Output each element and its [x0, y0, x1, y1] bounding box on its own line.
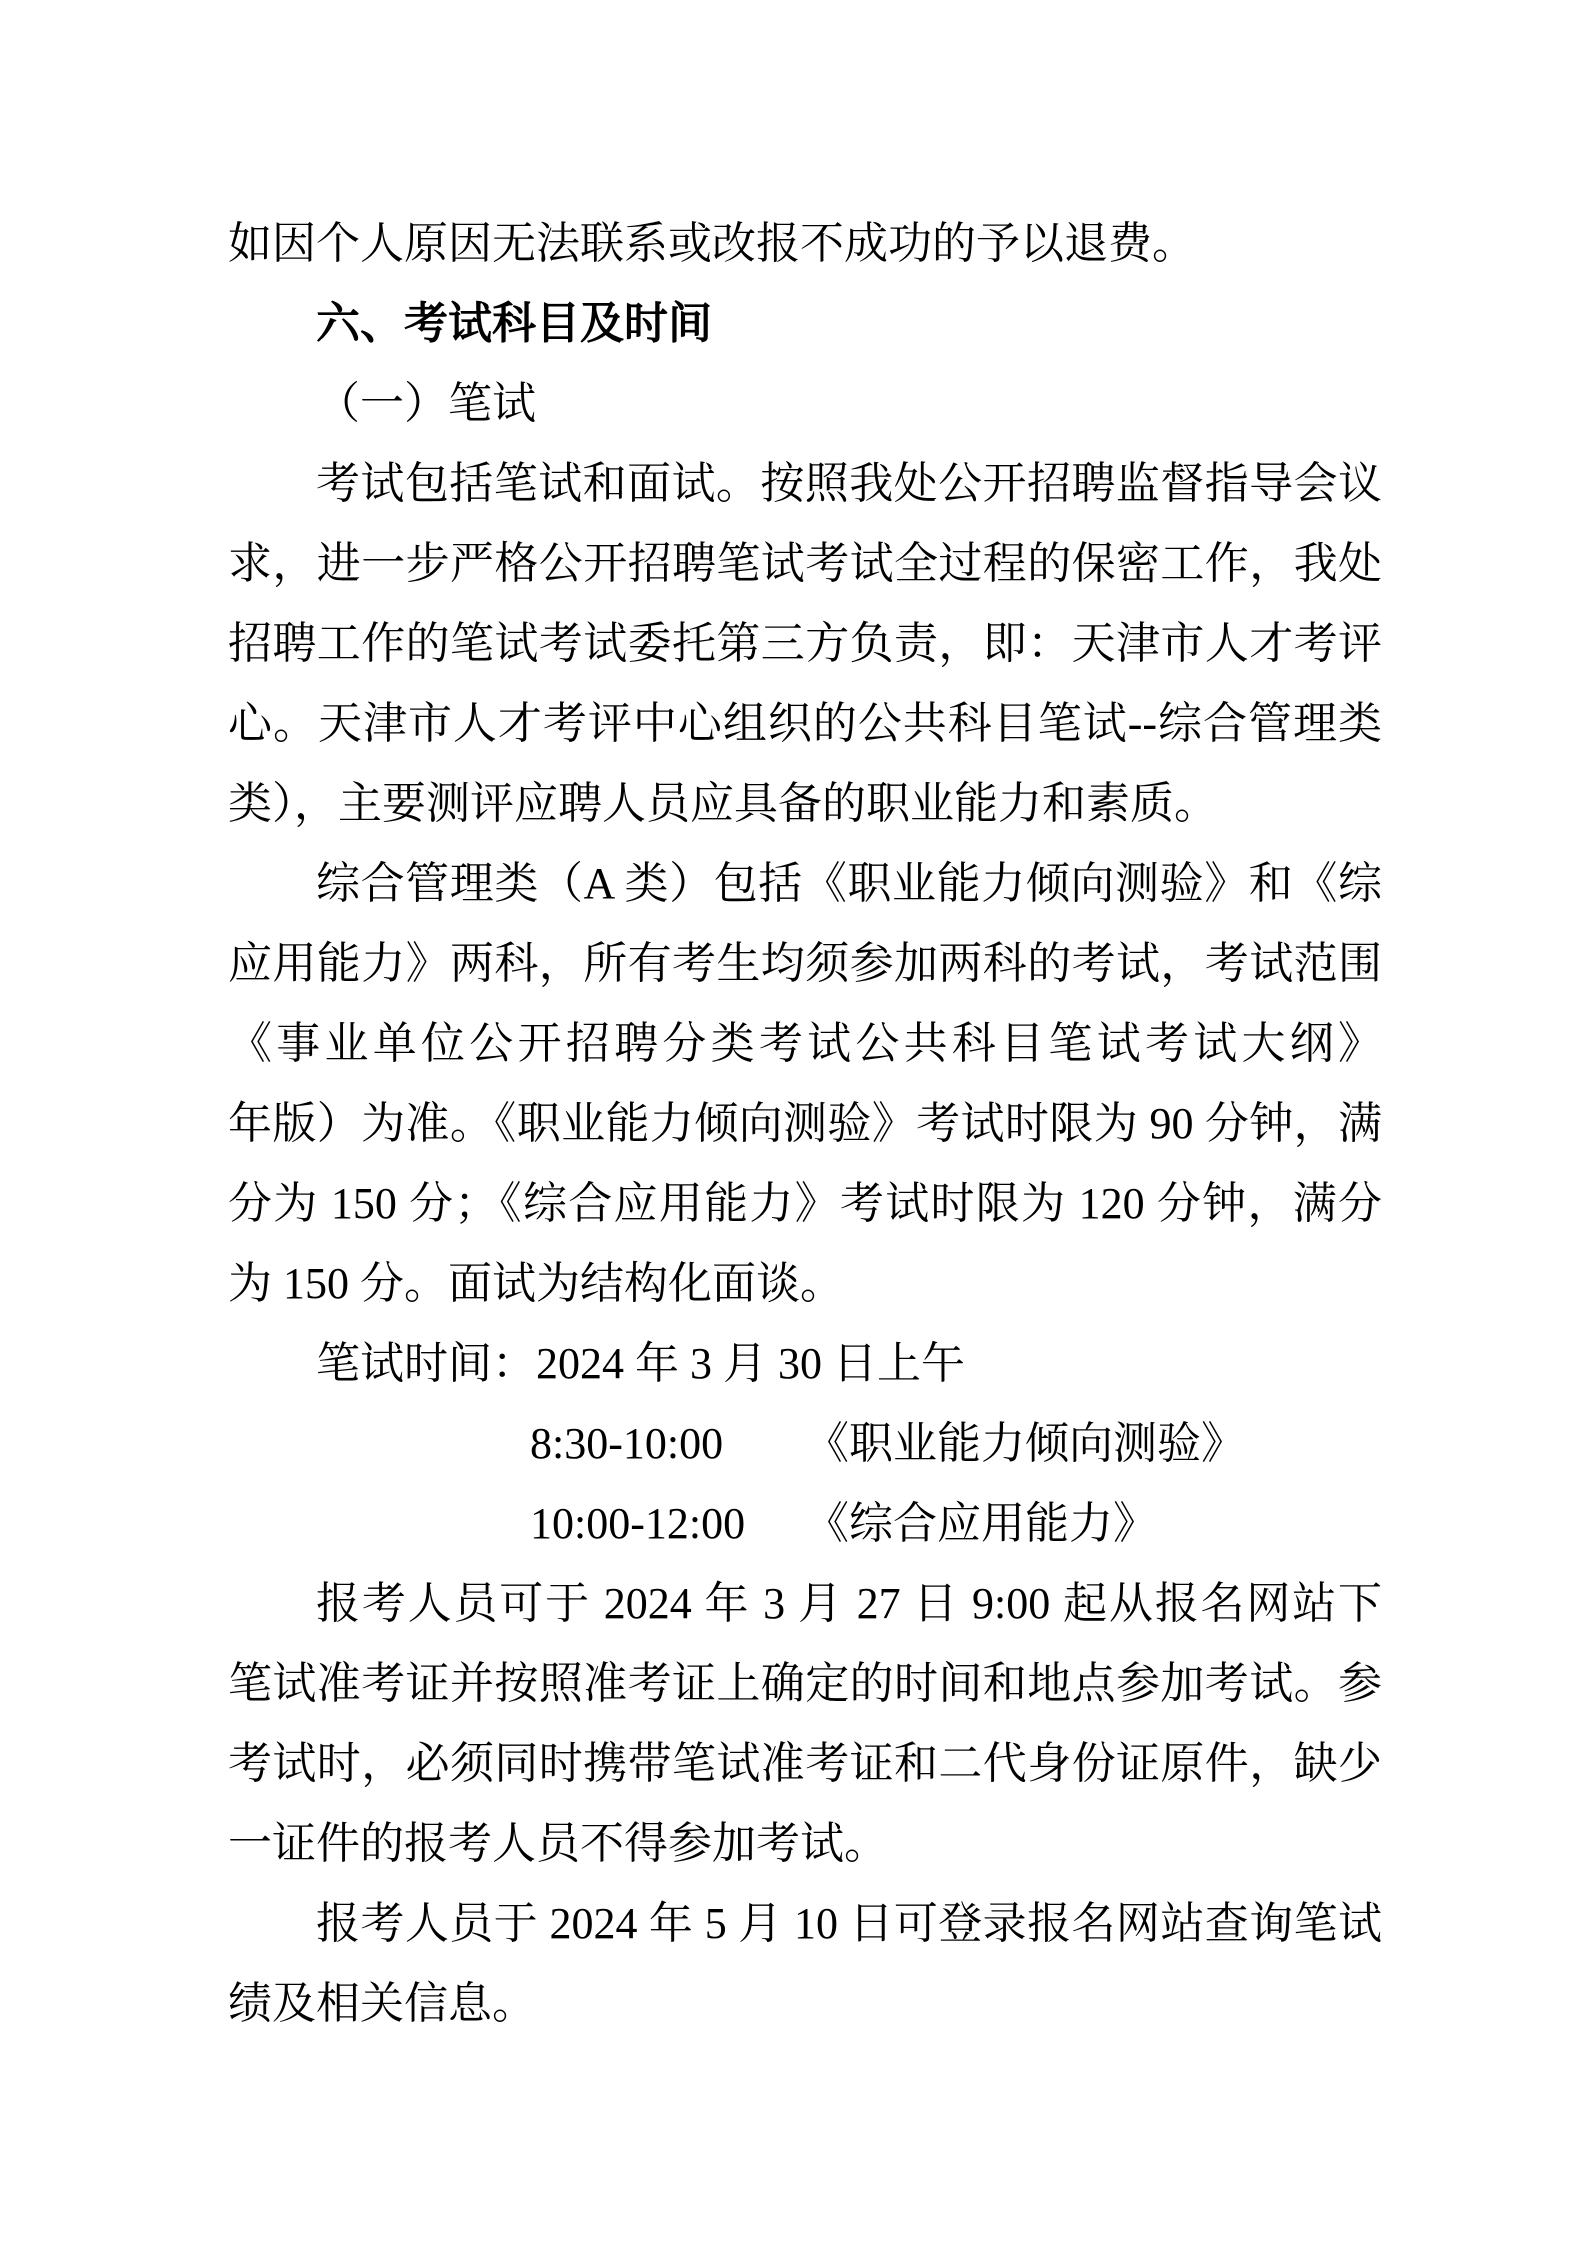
section-heading: 六、考试科目及时间 [228, 284, 1382, 364]
text-line: 一证件的报考人员不得参加考试。 [228, 1804, 1382, 1884]
document-page: 如因个人原因无法联系或改报不成功的予以退费。六、考试科目及时间（一）笔试考试包括… [0, 0, 1587, 2245]
text-line: 报考人员于 2024 年 5 月 10 日可登录报名网站查询笔试成 [228, 1884, 1382, 1964]
text-line: 报考人员可于 2024 年 3 月 27 日 9:00 起从报名网站下载 [228, 1564, 1382, 1644]
text-line: 分为 150 分；《综合应用能力》考试时限为 120 分钟，满分 [228, 1164, 1382, 1244]
text-line: 绩及相关信息。 [228, 1964, 1382, 2044]
text-line: 如因个人原因无法联系或改报不成功的予以退费。 [228, 204, 1382, 284]
sub-heading: （一）笔试 [228, 364, 1382, 444]
text-line: 笔试准考证并按照准考证上确定的时间和地点参加考试。参加 [228, 1644, 1382, 1724]
text-line: 考试包括笔试和面试。按照我处公开招聘监督指导会议要 [228, 444, 1382, 524]
text-line: 应用能力》两科，所有考生均须参加两科的考试，考试范围以 [228, 924, 1382, 1004]
text-line: 招聘工作的笔试考试委托第三方负责，即：天津市人才考评中 [228, 604, 1382, 684]
text-line: 《事业单位公开招聘分类考试公共科目笔试考试大纲》（2022 [228, 1004, 1382, 1084]
schedule-time: 10:00-12:00 [530, 1484, 805, 1564]
text-line: 求，进一步严格公开招聘笔试考试全过程的保密工作，我处将 [228, 524, 1382, 604]
document-body: 如因个人原因无法联系或改报不成功的予以退费。六、考试科目及时间（一）笔试考试包括… [228, 204, 1382, 2044]
text-line: 笔试时间：2024 年 3 月 30 日上午 [228, 1324, 1382, 1404]
schedule-time: 8:30-10:00 [530, 1404, 805, 1484]
schedule-row: 10:00-12:00《综合应用能力》 [228, 1484, 1382, 1564]
text-line: 为 150 分。面试为结构化面谈。 [228, 1244, 1382, 1324]
text-line: 心。天津市人才考评中心组织的公共科目笔试--综合管理类(A [228, 684, 1382, 764]
text-line: 考试时，必须同时携带笔试准考证和二代身份证原件，缺少任 [228, 1724, 1382, 1804]
text-line: 类），主要测评应聘人员应具备的职业能力和素质。 [228, 764, 1382, 844]
text-line: 年版）为准。《职业能力倾向测验》考试时限为 90 分钟，满 [228, 1084, 1382, 1164]
schedule-row: 8:30-10:00《职业能力倾向测验》 [228, 1404, 1382, 1484]
schedule-subject: 《职业能力倾向测验》 [805, 1419, 1245, 1468]
schedule-subject: 《综合应用能力》 [805, 1499, 1157, 1548]
text-line: 综合管理类（A 类）包括《职业能力倾向测验》和《综合 [228, 844, 1382, 924]
